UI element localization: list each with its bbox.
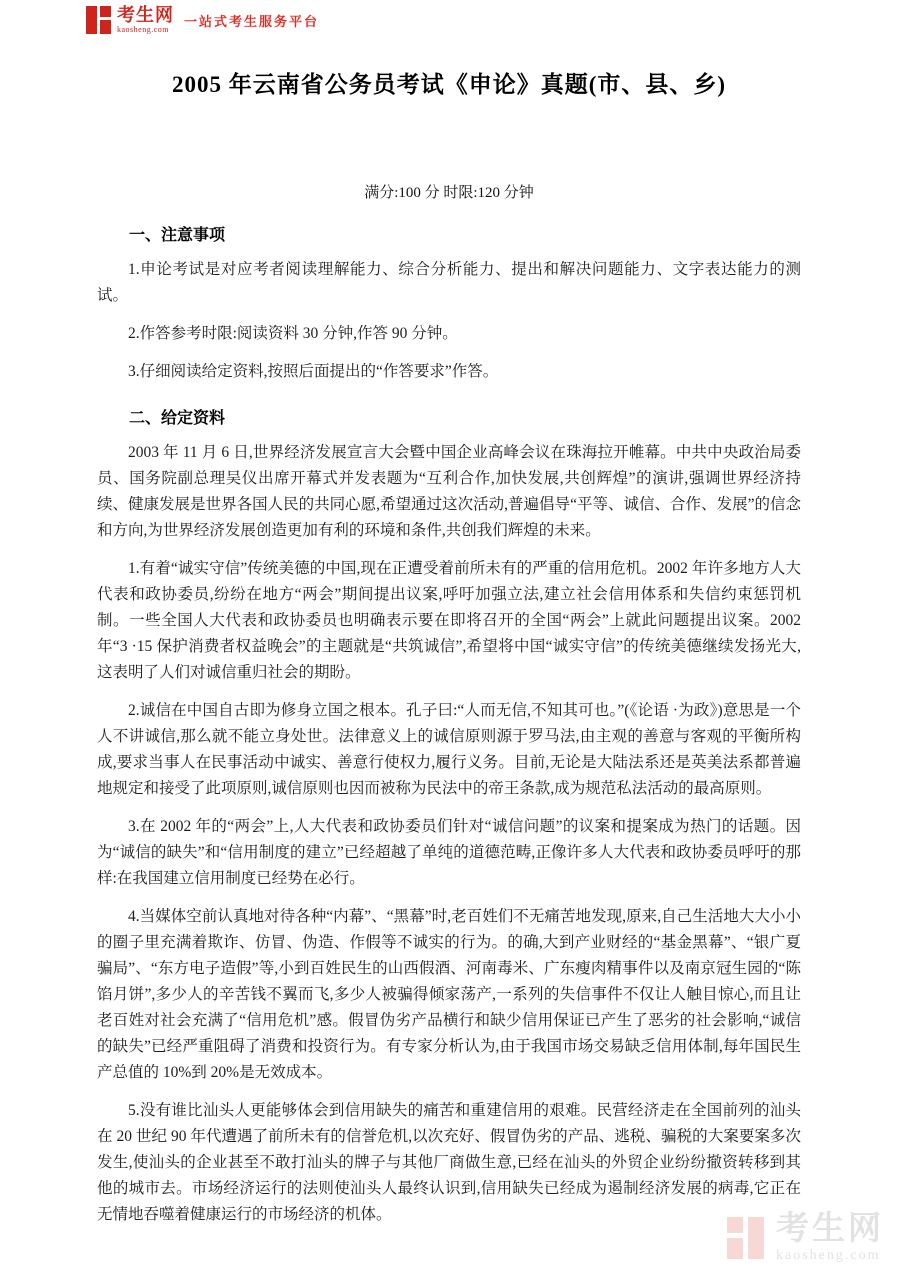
- logo-block: [86, 6, 97, 34]
- kaosheng-logo: 考生网 kaosheng.com 一站式考生服务平台: [86, 6, 319, 34]
- material-paragraph: 1.有着“诚实守信”传统美德的中国,现在正遭受着前所未有的严重的信用危机。200…: [97, 556, 801, 686]
- exam-meta: 满分:100 分 时限:120 分钟: [97, 181, 801, 202]
- logo-name: 考生网: [117, 6, 174, 24]
- page-title: 2005 年云南省公务员考试《申论》真题(市、县、乡): [97, 66, 801, 99]
- section-heading-notice: 一、注意事项: [97, 222, 801, 245]
- logo-wordmark: 考生网 kaosheng.com: [117, 6, 174, 34]
- document-page: 考生网 kaosheng.com 一站式考生服务平台 2005 年云南省公务员考…: [0, 0, 900, 1273]
- material-paragraph: 2.诚信在中国自古即为修身立国之根本。孔子曰:“人而无信,不知其可也。”(《论语…: [97, 698, 801, 802]
- watermark-logo-icon: [727, 1217, 767, 1259]
- kaosheng-watermark: 考生网 kaosheng.com: [727, 1213, 884, 1263]
- logo-tagline: 一站式考生服务平台: [184, 11, 319, 30]
- notice-item: 2.作答参考时限:阅读资料 30 分钟,作答 90 分钟。: [97, 321, 801, 347]
- logo-block: [100, 6, 111, 17]
- document-content: 2005 年云南省公务员考试《申论》真题(市、县、乡) 满分:100 分 时限:…: [0, 0, 900, 1228]
- notice-item: 3.仔细阅读给定资料,按照后面提出的“作答要求”作答。: [97, 359, 801, 385]
- section-heading-materials: 二、给定资料: [97, 405, 801, 428]
- notice-item: 1.申论考试是对应考者阅读理解能力、综合分析能力、提出和解决问题能力、文字表达能…: [97, 257, 801, 309]
- watermark-block: [748, 1217, 764, 1259]
- watermark-block: [727, 1217, 743, 1233]
- material-paragraph: 4.当媒体空前认真地对待各种“内幕”、“黑幕”时,老百姓们不无痛苦地发现,原来,…: [97, 904, 801, 1086]
- watermark-block: [727, 1238, 743, 1259]
- watermark-name: 考生网: [776, 1213, 884, 1246]
- logo-domain: kaosheng.com: [117, 26, 174, 34]
- material-paragraph: 2003 年 11 月 6 日,世界经济发展宣言大会暨中国企业高峰会议在珠海拉开…: [97, 440, 801, 544]
- kaosheng-logo-icon: [86, 6, 112, 34]
- logo-block: [100, 20, 111, 34]
- material-paragraph: 5.没有谁比汕头人更能够体会到信用缺失的痛苦和重建信用的艰难。民营经济走在全国前…: [97, 1098, 801, 1228]
- watermark-wordmark: 考生网 kaosheng.com: [776, 1213, 884, 1263]
- material-paragraph: 3.在 2002 年的“两会”上,人大代表和政协委员们针对“诚信问题”的议案和提…: [97, 814, 801, 892]
- watermark-domain: kaosheng.com: [776, 1249, 884, 1263]
